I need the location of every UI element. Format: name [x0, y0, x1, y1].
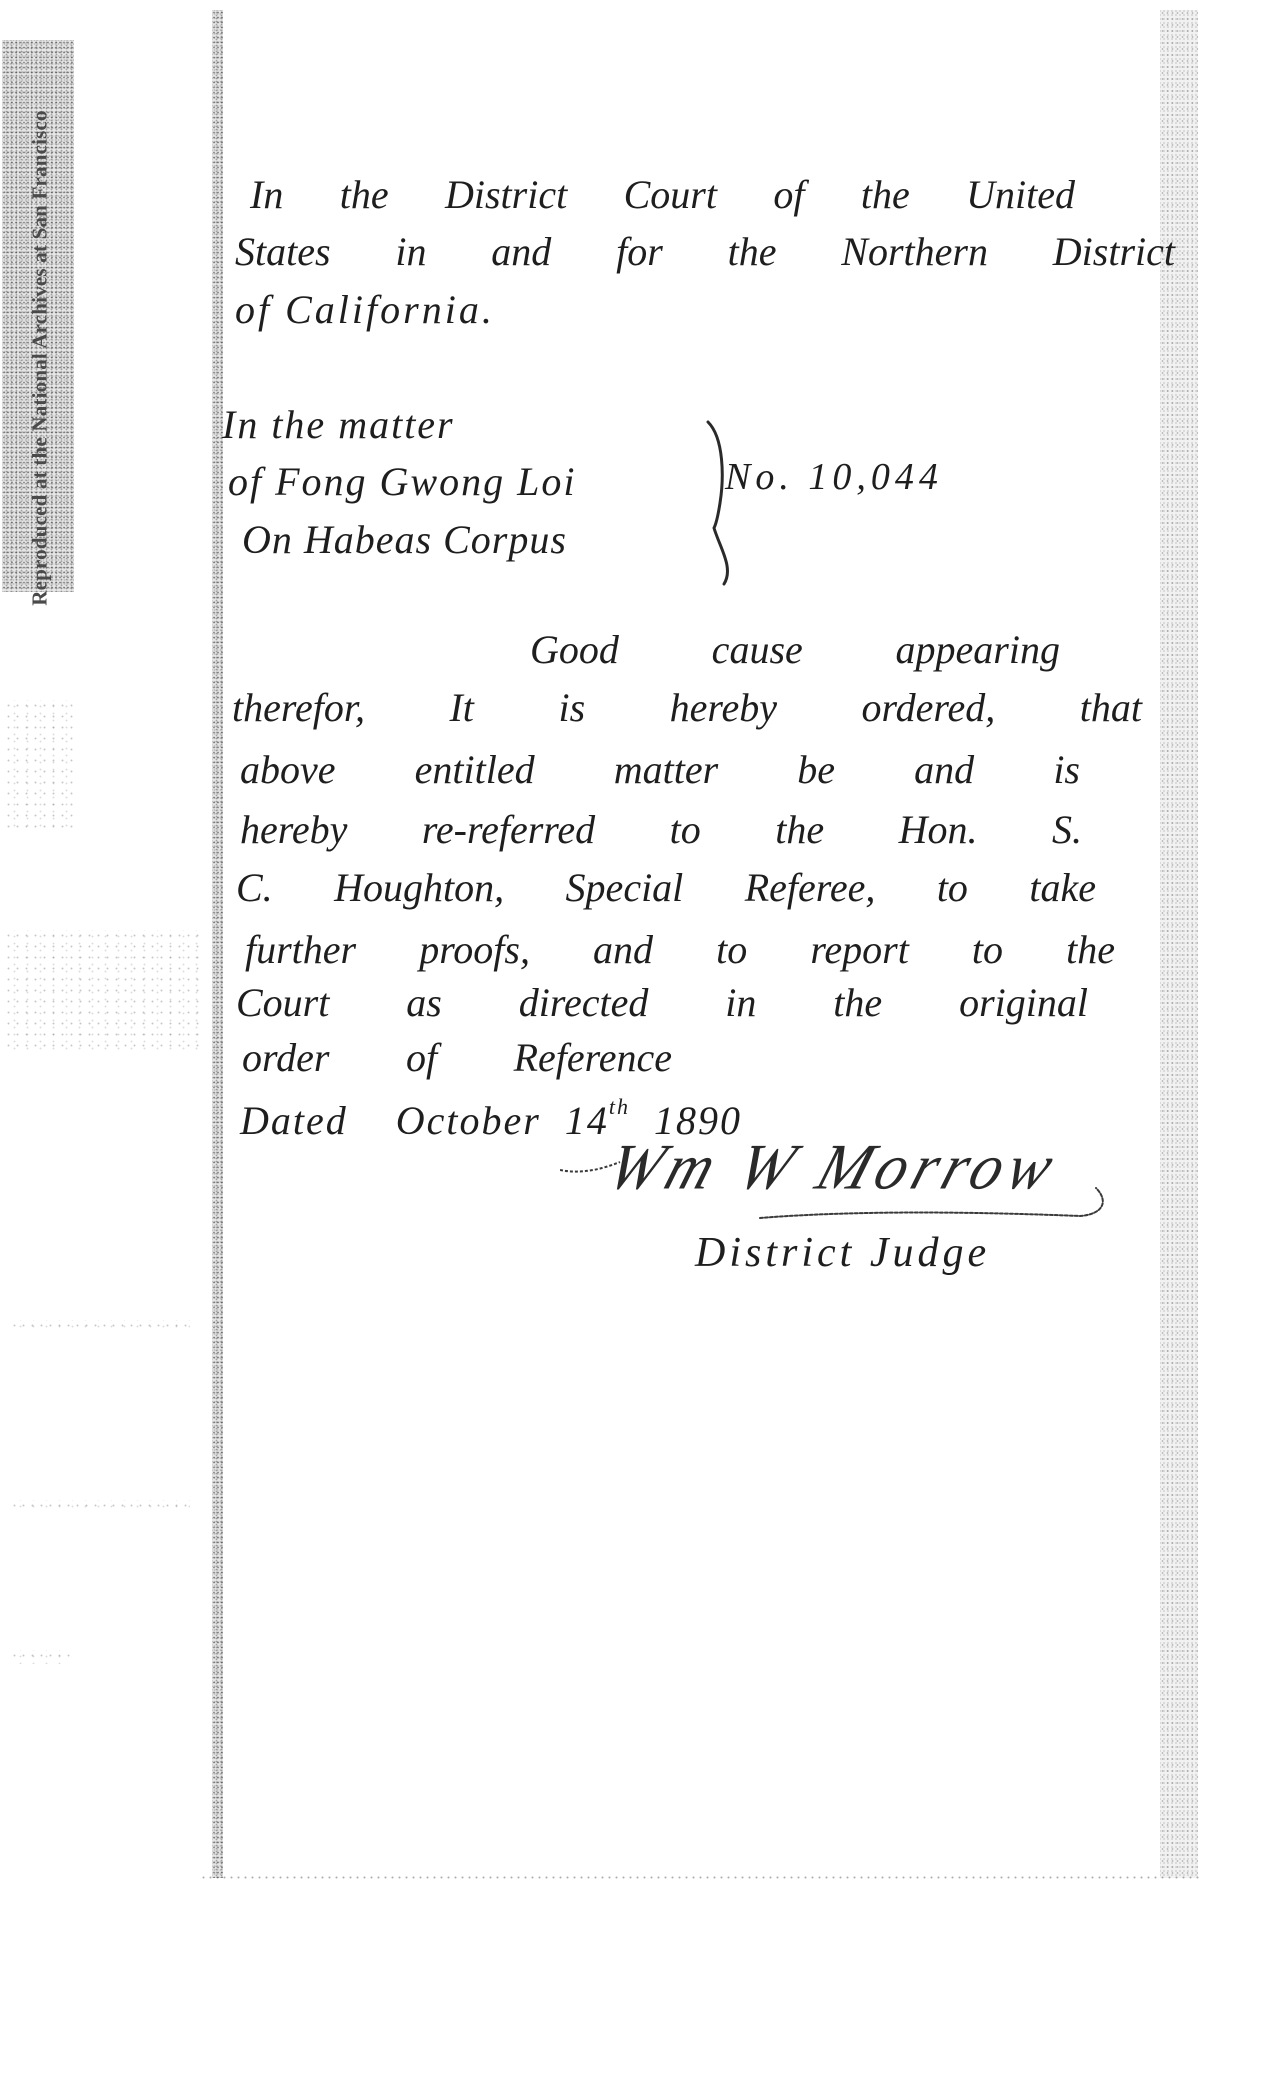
order-line-3: above entitled matter be and is — [240, 750, 1080, 790]
scan-noise — [10, 1500, 190, 1512]
case-brace-icon — [690, 418, 750, 588]
dated-day: 14 — [565, 1098, 609, 1143]
right-margin-rule — [1160, 10, 1198, 1878]
order-line-4: hereby re-referred to the Hon. S. — [240, 810, 1082, 850]
order-line-2: therefor, It is hereby ordered, that — [232, 688, 1142, 728]
case-title-line-3: On Habeas Corpus — [242, 520, 567, 560]
order-line-5: C. Houghton, Special Referee, to take — [236, 868, 1096, 908]
court-caption-line-3: of California. — [235, 290, 495, 330]
dated-label: Dated — [240, 1098, 348, 1143]
dated-day-suffix: th — [609, 1094, 630, 1119]
case-title-line-1: In the matter — [222, 405, 455, 445]
judge-title: District Judge — [695, 1232, 990, 1274]
court-caption-line-2: States in and for the Northern District — [235, 232, 1175, 272]
archives-stamp-text: Reproduced at the National Archives at S… — [28, 110, 53, 606]
left-margin-rule — [212, 10, 223, 1878]
court-caption-line-1: In the District Court of the United — [250, 175, 1075, 215]
scan-noise — [4, 930, 204, 1050]
dated-month: October — [396, 1098, 541, 1143]
scan-noise — [10, 1650, 70, 1664]
bottom-edge-rule — [200, 1876, 1200, 1879]
order-line-1: Good cause appearing — [530, 630, 1060, 670]
order-line-6: further proofs, and to report to the — [245, 930, 1115, 970]
case-title-line-2: of Fong Gwong Loi — [228, 462, 576, 502]
scan-noise — [4, 700, 74, 830]
archives-stamp: Reproduced at the National Archives at S… — [2, 40, 74, 592]
scan-noise — [10, 1320, 190, 1332]
order-line-8: order of Reference — [242, 1038, 672, 1078]
case-number: No. 10,044 — [725, 458, 943, 496]
order-line-7: Court as directed in the original — [236, 983, 1088, 1023]
